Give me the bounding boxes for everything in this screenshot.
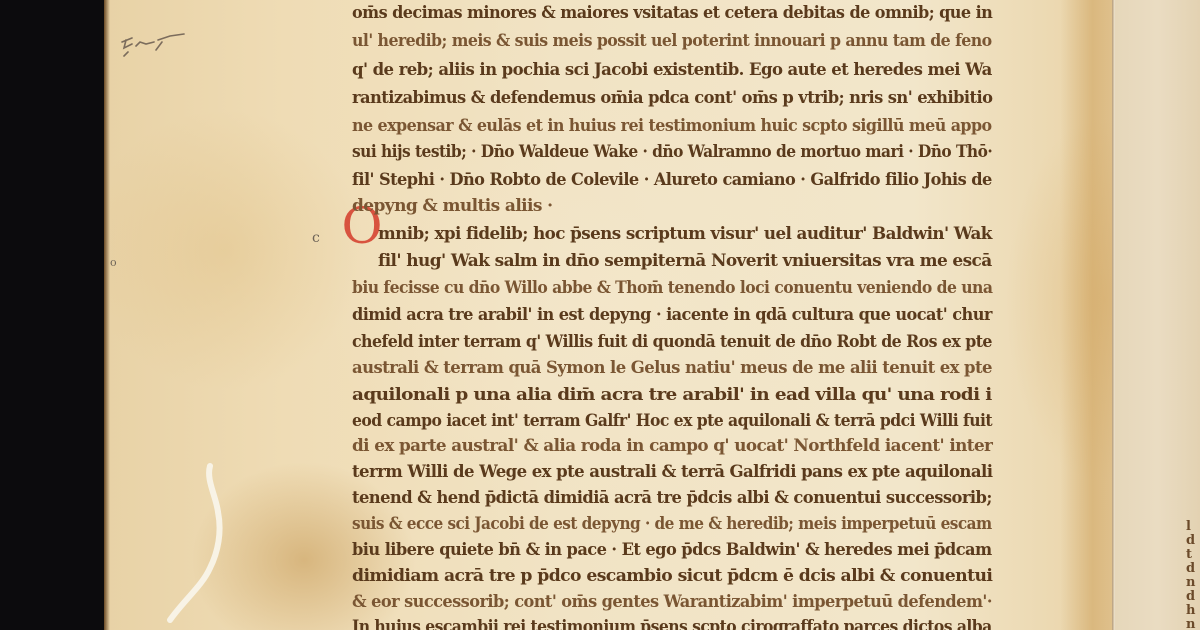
manuscript-line: rantizabimus & defendemus om̄ia pdca con…	[352, 88, 992, 108]
pen-trial-scribble-icon	[118, 32, 188, 68]
adjacent-page-text: l d t d n d h n	[1186, 520, 1200, 630]
manuscript-line: In huius escambii rei testimonium p̄sens…	[352, 617, 992, 630]
dark-background	[0, 0, 104, 630]
page-edge-shadow	[104, 0, 110, 630]
manuscript-line: australi & terram quā Symon le Gelus nat…	[352, 358, 992, 378]
manuscript-line: aquilonali p una alia dim̄ acra tre arab…	[352, 385, 992, 405]
manuscript-line: tenend & hend p̄dictā dimidiā acrā tre p…	[352, 488, 992, 508]
manuscript-line: sui hijs testib; · Dn̄o Waldeue Wake · d…	[352, 142, 992, 162]
manuscript-line: q' de reb; aliis in pochia sci Jacobi ex…	[352, 60, 992, 80]
manuscript-line: fil' Stephi · Dn̄o Robto de Colevile · A…	[352, 170, 992, 190]
manuscript-line: biu libere quiete bn̄ & in pace · Et ego…	[352, 540, 992, 560]
manuscript-line: om̄s decimas minores & maiores vsitatas …	[352, 3, 992, 23]
manuscript-line: dimid acra tre arabil' in est depyng · i…	[352, 305, 992, 325]
manuscript-line: dimidiam acrā tre p p̄dco escambio sicut…	[352, 566, 992, 586]
manuscript-line: & eor successorib; cont' om̄s gentes War…	[352, 592, 992, 612]
manuscript-line: ne expensar & eulās et in huius rei test…	[352, 116, 992, 136]
manuscript-line: ul' heredib; meis & suis meis possit uel…	[352, 31, 992, 51]
manuscript-line: terrm Willi de Wege ex pte australi & te…	[352, 462, 992, 482]
manuscript-line: di ex parte austral' & alia roda in camp…	[352, 436, 992, 456]
manuscript-line: eod campo iacet int' terram Galfr' Hoc e…	[352, 411, 992, 431]
manuscript-line: depyng & multis aliis ·	[352, 196, 553, 216]
water-stain-mark	[160, 460, 240, 630]
manuscript-line: fil' hug' Wak salm in dn̄o sempiternā No…	[378, 251, 992, 271]
margin-mark-o: o	[110, 256, 117, 269]
gutter-stain	[1060, 0, 1114, 630]
margin-mark-c: c	[312, 230, 320, 246]
manuscript-line: chefeld inter terram q' Willis fuit di q…	[352, 332, 992, 352]
manuscript-line: suis & ecce sci Jacobi de est depyng · d…	[352, 514, 992, 534]
manuscript-line: biu fecisse cu dn̄o Willo abbe & Thom̄ t…	[352, 278, 992, 298]
manuscript-line: mnib; xpi fidelib; hoc p̄sens scriptum v…	[378, 224, 992, 244]
